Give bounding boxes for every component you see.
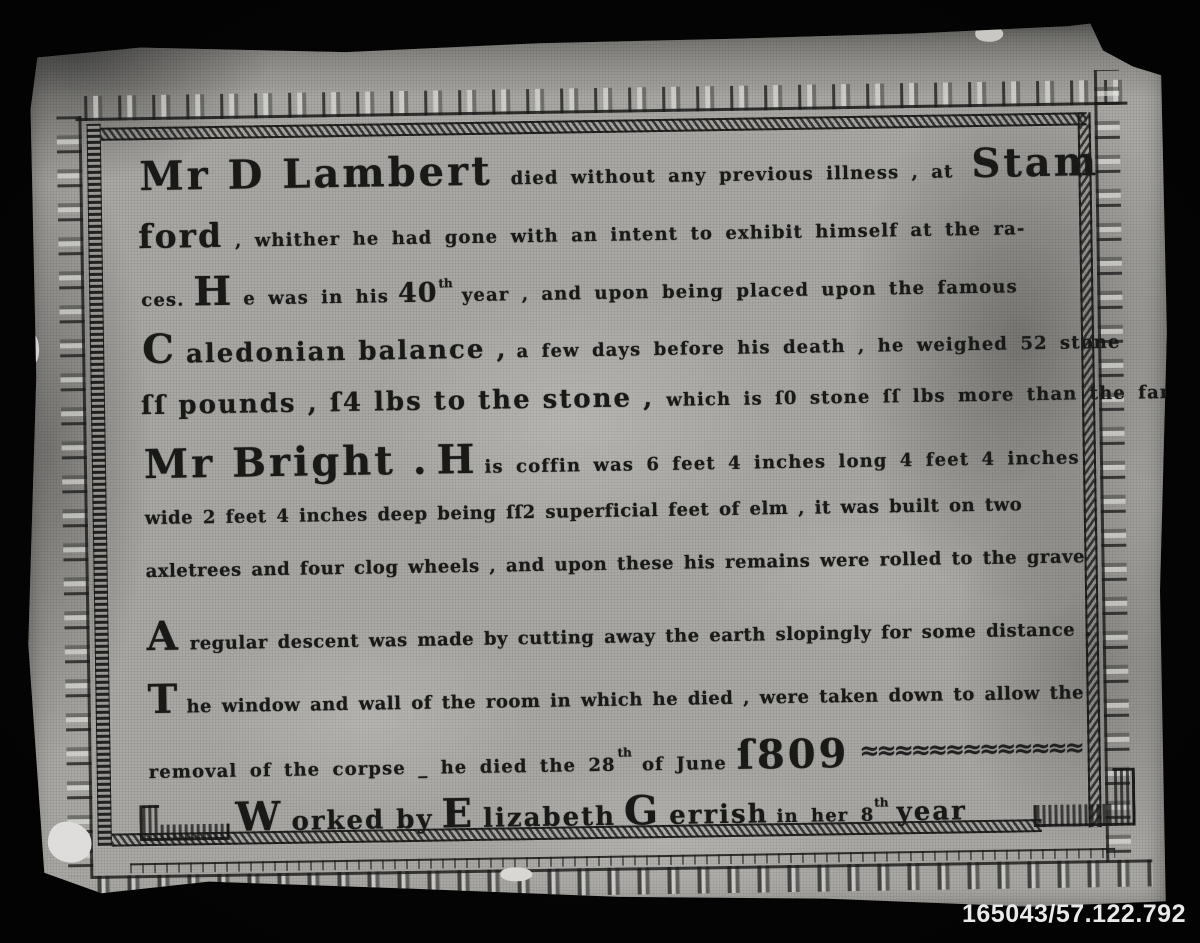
sampler-text-segment: G [624,791,662,832]
sampler-text-segment: E [441,794,475,835]
sampler-photograph: Mr D Lambert died without any previous i… [0,0,1200,943]
sampler-text-segment: ces. [141,291,184,310]
sampler-text-segment: axletrees and four clog wheels , and upo… [145,548,1085,581]
sampler-line-3: ces. H e was in his 40 th year , and upo… [141,259,1018,313]
sampler-content: Mr D Lambert died without any previous i… [19,11,1175,921]
sampler-text-segment: 40 [398,279,438,307]
sampler-text-segment: C [142,330,177,371]
sampler-text-segment: th [438,276,452,290]
sampler-text-segment: a few days before his death , he weighed… [516,334,1120,361]
sampler-line-1: Mr D Lambert died without any previous i… [139,142,1099,197]
sampler-text-segment: th [617,745,631,759]
fabric-damage-patch [975,26,1003,42]
sampler-text-segment: is coffin was 6 feet 4 inches long 4 fee… [484,449,1079,476]
sampler-text-segment: year , and upon being placed upon the fa… [462,278,1018,305]
sampler-text-segment: he window and wall of the room in which … [186,684,1084,716]
sampler-text-segment: of June [642,755,727,774]
sampler-text-segment: H [436,440,477,481]
sampler-text-segment: errish [669,801,769,829]
sampler-line-9: A regular descent was made by cutting aw… [146,602,1092,657]
sampler-text-segment: lizabeth [483,804,616,832]
sampler-line-5: ſſ pounds , ſ4 lbs to the stone , which … [141,376,1200,419]
sampler-text-segment: ford [138,219,223,253]
sampler-text-segment: Mr D Lambert [139,152,493,198]
sampler-text-segment: H [193,272,234,313]
squiggle-stitch: ≈≈≈≈≈≈≈≈≈≈≈≈≈ [859,732,1082,764]
sampler-text-segment: Mr Bright . [144,441,430,485]
corner-ornament-left [139,804,230,841]
sampler-text-segment: A [146,617,181,658]
sampler-line-10: T he window and wall of the room in whic… [147,665,1084,720]
sampler-text-segment: orked by [291,807,434,835]
sampler-text-segment: ſ809 [736,734,849,776]
sampler-text-segment: removal of the corpse _ he died the 28 [149,757,616,782]
sampler-text-segment: th [874,795,888,809]
sampler-text-segment: regular descent was made by cutting away… [190,621,1092,653]
sampler-line-4: C aledonian balance , a few days before … [142,315,1121,370]
sampler-text-segment: in her 8 [776,807,874,827]
sampler-text-segment: aledonian balance , [186,336,508,367]
sampler-text-segment: T [147,680,180,721]
sampler-line-6: Mr Bright . H is coffin was 6 feet 4 inc… [144,430,1080,485]
sampler-line-2: ford , whither he had gone with an inten… [138,206,1026,253]
sampler-line-11: removal of the corpse _ he died the 28 t… [148,730,1082,785]
corner-ornament-right [1033,768,1136,828]
sampler-text-segment: wide 2 feet 4 inches deep being ſſ2 supe… [145,496,1023,528]
catalog-number-label: 165043/57.122.792 [962,900,1186,929]
sampler-text-segment: , whither he had gone with an intent to … [235,220,1026,250]
sampler-text-segment: W [235,797,284,838]
sampler-text-segment: year [896,798,967,825]
sampler-text-segment: e was in his [243,288,389,308]
sampler-fabric: Mr D Lambert died without any previous i… [26,20,1168,912]
sampler-text-segment: Stam [971,142,1099,184]
sampler-text-segment: died without any previous illness , at [511,163,954,188]
sampler-line-7: wide 2 feet 4 inches deep being ſſ2 supe… [145,496,1023,528]
sampler-line-8: axletrees and four clog wheels , and upo… [145,548,1085,581]
sampler-text-segment: ſſ pounds , ſ4 lbs to the stone , [141,385,655,419]
fabric-damage-patch [29,335,39,363]
